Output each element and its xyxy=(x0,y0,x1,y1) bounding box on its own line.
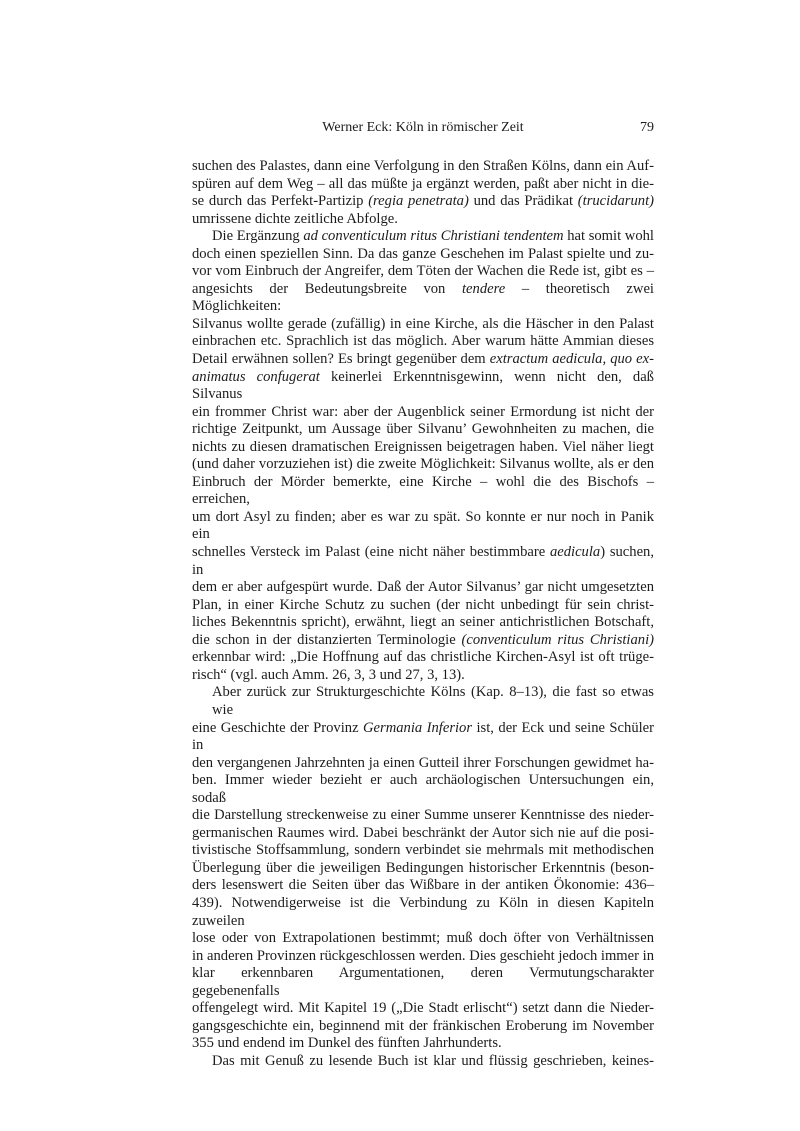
text-line: Das mit Genuß zu lesende Buch ist klar u… xyxy=(192,1053,654,1071)
text-run: dem er aber aufgespürt wurde. Daß der Au… xyxy=(192,579,654,595)
text-run: in anderen Provinzen rückgeschlossen wer… xyxy=(192,948,654,964)
text-run: suchen des Palastes, dann eine Verfolgun… xyxy=(192,158,654,174)
text-run: hat somit wohl xyxy=(564,228,654,244)
text-run: doch einen speziellen Sinn. Da das ganze… xyxy=(192,246,654,262)
text-line: klar erkennbaren Argumentationen, deren … xyxy=(192,965,654,1000)
italic-run: aedicula xyxy=(550,544,600,560)
text-line: Die Ergänzung ad conventiculum ritus Chr… xyxy=(192,228,654,246)
page-number: 79 xyxy=(640,118,654,138)
text-run: offengelegt wird. Mit Kapitel 19 („Die S… xyxy=(192,1000,654,1016)
text-line: (und daher vorzuziehen ist) die zweite M… xyxy=(192,456,654,474)
text-line: gangsgeschichte ein, beginnend mit der f… xyxy=(192,1018,654,1036)
text-run: Aber zurück zur Strukturgeschichte Kölns… xyxy=(212,684,654,718)
text-line: Überlegung über die jeweiligen Bedingung… xyxy=(192,860,654,878)
text-line: Aber zurück zur Strukturgeschichte Kölns… xyxy=(192,684,654,719)
text-run: nichts zu diesen dramatischen Ereignisse… xyxy=(192,439,654,455)
text-run: ein frommer Christ war: aber der Augenbl… xyxy=(192,404,654,420)
italic-run: tendere xyxy=(462,281,505,297)
text-line: suchen des Palastes, dann eine Verfolgun… xyxy=(192,158,654,176)
text-line: 439). Notwendigerweise ist die Verbindun… xyxy=(192,895,654,930)
italic-run: Germania Inferior xyxy=(363,720,472,736)
text-run: ders lesenswert die Seiten über das Wißb… xyxy=(192,877,654,893)
text-run: klar erkennbaren Argumentationen, deren … xyxy=(192,965,654,999)
text-run: Einbruch der Mörder bemerkte, eine Kirch… xyxy=(192,474,654,508)
text-run: 439). Notwendigerweise ist die Verbindun… xyxy=(192,895,654,929)
text-run: richtige Zeitpunkt, um Aussage über Silv… xyxy=(192,421,654,437)
text-line: Detail erwähnen sollen? Es bringt gegenü… xyxy=(192,351,654,369)
text-run: die schon in der distanzierten Terminolo… xyxy=(192,632,462,648)
text-line: erkennbar wird: „Die Hoffnung auf das ch… xyxy=(192,649,654,667)
paragraph: Die Ergänzung ad conventiculum ritus Chr… xyxy=(192,228,654,684)
text-line: schnelles Versteck im Palast (eine nicht… xyxy=(192,544,654,579)
text-line: 355 und endend im Dunkel des fünften Jah… xyxy=(192,1035,654,1053)
text-line: germanischen Raumes wird. Dabei beschrän… xyxy=(192,825,654,843)
text-run: einbrachen etc. Sprachlich ist das mögli… xyxy=(192,333,654,349)
paragraph: Das mit Genuß zu lesende Buch ist klar u… xyxy=(192,1053,654,1071)
text-run: erkennbar wird: „Die Hoffnung auf das ch… xyxy=(192,649,654,665)
text-line: Plan, in einer Kirche Schutz zu suchen (… xyxy=(192,597,654,615)
text-run: um dort Asyl zu finden; aber es war zu s… xyxy=(192,509,654,543)
text-line: um dort Asyl zu finden; aber es war zu s… xyxy=(192,509,654,544)
text-run: liches Bekenntnis spricht), erwähnt, lie… xyxy=(192,614,654,630)
text-line: in anderen Provinzen rückgeschlossen wer… xyxy=(192,948,654,966)
text-line: lose oder von Extrapolationen bestimmt; … xyxy=(192,930,654,948)
text-run: Das mit Genuß zu lesende Buch ist klar u… xyxy=(212,1053,654,1069)
paragraph: suchen des Palastes, dann eine Verfolgun… xyxy=(192,158,654,228)
text-run: Detail erwähnen sollen? Es bringt gegenü… xyxy=(192,351,490,367)
text-line: einbrachen etc. Sprachlich ist das mögli… xyxy=(192,333,654,351)
running-head: Werner Eck: Köln in römischer Zeit 79 xyxy=(192,118,654,138)
text-run: eine Geschichte der Provinz xyxy=(192,720,363,736)
text-line: umrissene dichte zeitliche Abfolge. xyxy=(192,211,654,229)
text-run: angesichts der Bedeutungsbreite von xyxy=(192,281,462,297)
text-run: germanischen Raumes wird. Dabei beschrän… xyxy=(192,825,654,841)
text-line: ein frommer Christ war: aber der Augenbl… xyxy=(192,404,654,422)
text-line: offengelegt wird. Mit Kapitel 19 („Die S… xyxy=(192,1000,654,1018)
paragraph: Aber zurück zur Strukturgeschichte Kölns… xyxy=(192,684,654,1052)
text-line: tivistische Stoffsammlung, sondern verbi… xyxy=(192,842,654,860)
body-text: suchen des Palastes, dann eine Verfolgun… xyxy=(192,158,654,1070)
text-line: eine Geschichte der Provinz Germania Inf… xyxy=(192,720,654,755)
text-run: vor vom Einbruch der Angreifer, dem Töte… xyxy=(192,263,654,279)
text-run: die Darstellung streckenweise zu einer S… xyxy=(192,807,654,823)
text-line: vor vom Einbruch der Angreifer, dem Töte… xyxy=(192,263,654,281)
text-line: ders lesenswert die Seiten über das Wißb… xyxy=(192,877,654,895)
text-line: doch einen speziellen Sinn. Da das ganze… xyxy=(192,246,654,264)
text-run: Die Ergänzung xyxy=(212,228,303,244)
text-line: se durch das Perfekt-Partizip (regia pen… xyxy=(192,193,654,211)
text-run: gangsgeschichte ein, beginnend mit der f… xyxy=(192,1018,654,1034)
text-line: liches Bekenntnis spricht), erwähnt, lie… xyxy=(192,614,654,632)
text-run: Silvanus wollte gerade (zufällig) in ein… xyxy=(192,316,654,332)
text-line: angesichts der Bedeutungsbreite von tend… xyxy=(192,281,654,316)
text-run: spüren auf dem Weg – all das müßte ja er… xyxy=(192,176,654,192)
italic-run: (conventiculum ritus Christiani) xyxy=(462,632,654,648)
text-line: den vergangenen Jahrzehnten ja einen Gut… xyxy=(192,755,654,773)
text-line: dem er aber aufgespürt wurde. Daß der Au… xyxy=(192,579,654,597)
text-line: risch“ (vgl. auch Amm. 26, 3, 3 und 27, … xyxy=(192,667,654,685)
text-run: Plan, in einer Kirche Schutz zu suchen (… xyxy=(192,597,654,613)
text-run: schnelles Versteck im Palast (eine nicht… xyxy=(192,544,550,560)
text-run: (und daher vorzuziehen ist) die zweite M… xyxy=(192,456,654,472)
text-run: Überlegung über die jeweiligen Bedingung… xyxy=(192,860,654,876)
italic-run: extractum aedicula, quo ex- xyxy=(490,351,654,367)
text-line: nichts zu diesen dramatischen Ereignisse… xyxy=(192,439,654,457)
text-run: 355 und endend im Dunkel des fünften Jah… xyxy=(192,1035,502,1051)
text-line: spüren auf dem Weg – all das müßte ja er… xyxy=(192,176,654,194)
text-run: und das Prädikat xyxy=(469,193,578,209)
page: Werner Eck: Köln in römischer Zeit 79 su… xyxy=(192,118,654,1070)
text-run: lose oder von Extrapolationen bestimmt; … xyxy=(192,930,654,946)
running-head-title: Werner Eck: Köln in römischer Zeit xyxy=(192,118,654,138)
text-run: den vergangenen Jahrzehnten ja einen Gut… xyxy=(192,755,654,771)
italic-run: (regia penetrata) xyxy=(368,193,469,209)
text-run: se durch das Perfekt-Partizip xyxy=(192,193,368,209)
text-line: Einbruch der Mörder bemerkte, eine Kirch… xyxy=(192,474,654,509)
italic-run: ad conventiculum ritus Christiani tenden… xyxy=(303,228,563,244)
italic-run: (trucidarunt) xyxy=(578,193,654,209)
text-run: tivistische Stoffsammlung, sondern verbi… xyxy=(192,842,654,858)
text-line: die schon in der distanzierten Terminolo… xyxy=(192,632,654,650)
text-run: umrissene dichte zeitliche Abfolge. xyxy=(192,211,398,227)
text-line: die Darstellung streckenweise zu einer S… xyxy=(192,807,654,825)
text-run: ben. Immer wieder bezieht er auch archäo… xyxy=(192,772,654,806)
text-line: richtige Zeitpunkt, um Aussage über Silv… xyxy=(192,421,654,439)
text-line: Silvanus wollte gerade (zufällig) in ein… xyxy=(192,316,654,334)
text-run: risch“ (vgl. auch Amm. 26, 3, 3 und 27, … xyxy=(192,667,465,683)
text-line: ben. Immer wieder bezieht er auch archäo… xyxy=(192,772,654,807)
text-line: animatus confugerat keinerlei Erkenntnis… xyxy=(192,369,654,404)
italic-run: animatus confugerat xyxy=(192,369,320,385)
